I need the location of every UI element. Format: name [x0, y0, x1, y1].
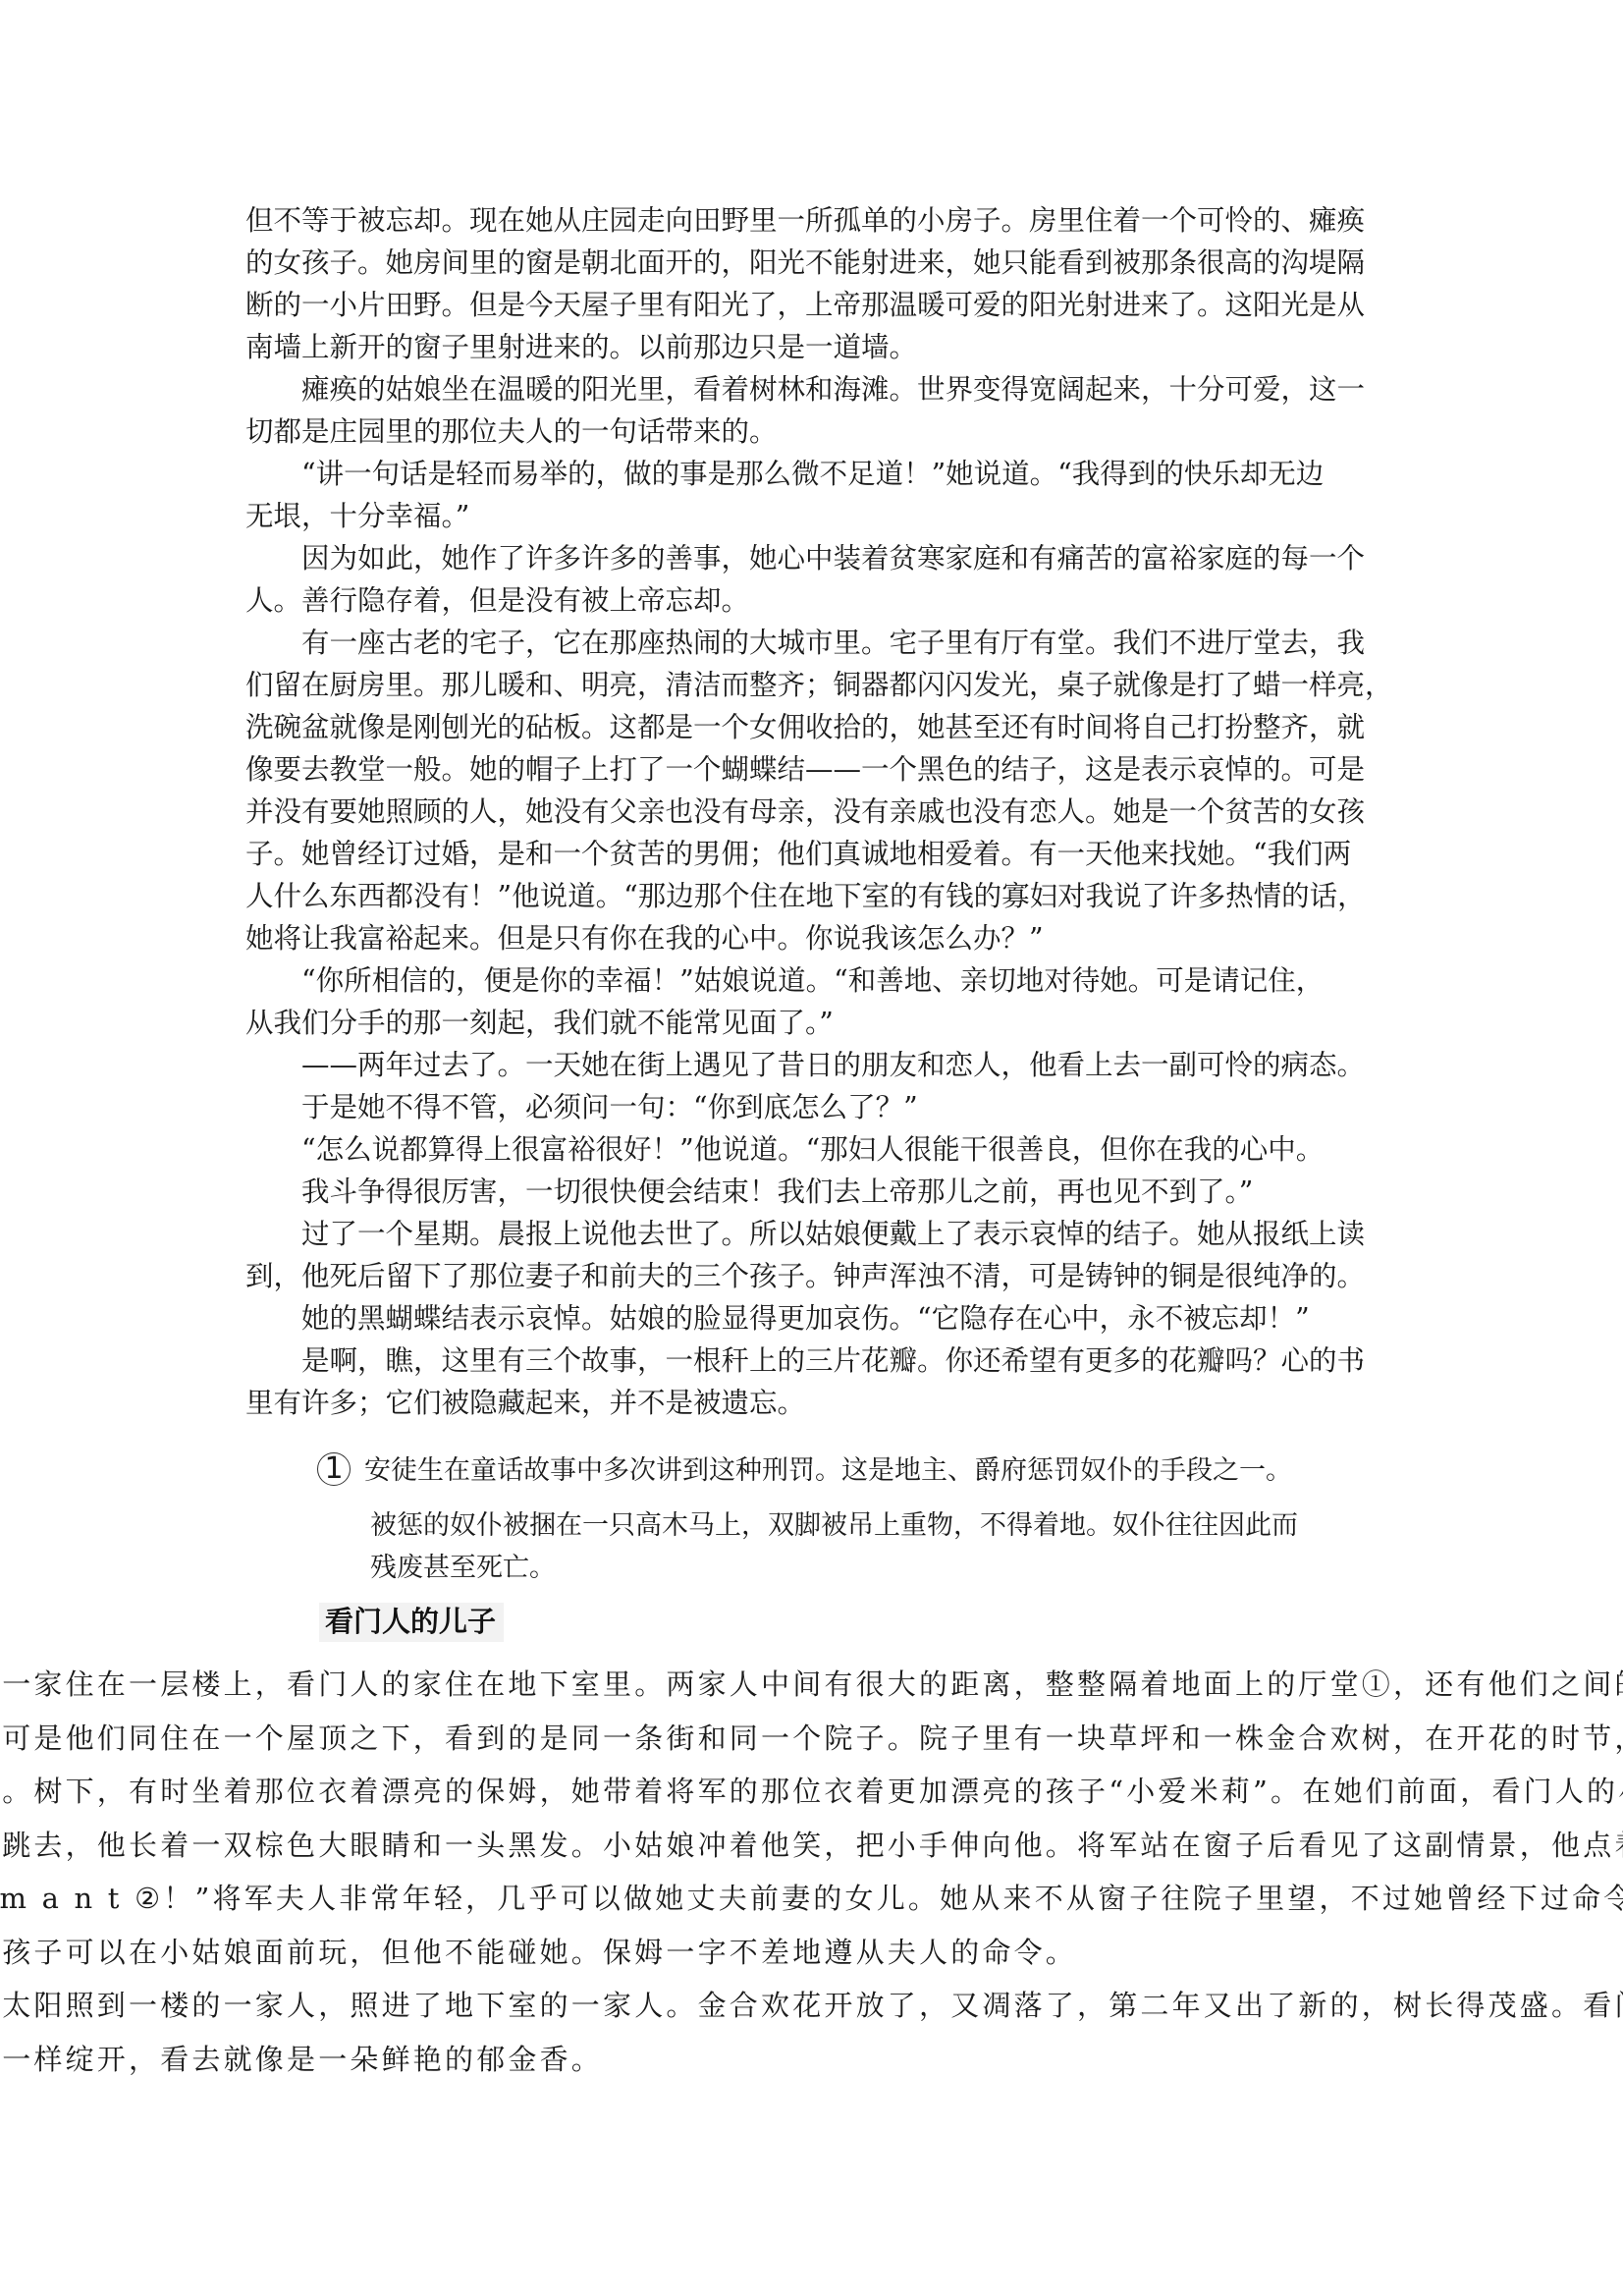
text-line: 她将让我富裕起来。但是只有你在我的心中。你说我该怎么办？”: [245, 917, 1380, 959]
text-line: 是啊，瞧，这里有三个故事，一根秆上的三片花瓣。你还希望有更多的花瓣吗？心的书: [245, 1339, 1380, 1382]
text-line: 来跳去，他长着一双棕色大眼睛和一头黑发。小姑娘冲着他笑，把小手伸向他。将军站在窗…: [0, 1819, 1623, 1873]
text-line: 的孩子可以在小姑娘面前玩，但他不能碰她。保姆一字不差地遵从夫人的命令。: [0, 1926, 1623, 1980]
text-line: 子。她曾经订过婚，是和一个贫苦的男佣；他们真诚地相爱着。有一天他来找她。“我们两: [245, 833, 1380, 875]
text-line: 因为如此，她作了许多许多的善事，她心中装着贫寒家庭和有痛苦的富裕家庭的每一个: [245, 537, 1380, 579]
text-line: 到，他死后留下了那位妻子和前夫的三个孩子。钟声浑浊不清，可是铸钟的铜是很纯净的。: [245, 1255, 1380, 1297]
text-line: 她的黑蝴蝶结表示哀悼。姑娘的脸显得更加哀伤。“它隐存在心中，永不被忘却！”: [245, 1297, 1380, 1339]
text-line: 切都是庄园里的那位夫人的一句话带来的。: [245, 410, 1380, 453]
text-line: ——两年过去了。一天她在街上遇见了昔日的朋友和恋人，他看上去一副可怜的病态。: [245, 1044, 1380, 1086]
text-line: 瘫痪的姑娘坐在温暖的阳光里，看着树林和海滩。世界变得宽阔起来，十分可爱，这一: [245, 368, 1380, 410]
footnote-first-row: 1 安徒生在童话故事中多次讲到这种刑罚。这是地主、爵府惩罚奴仆的手段之一。: [317, 1456, 1387, 1486]
text-line: 军一家住在一层楼上，看门人的家住在地下室里。两家人中间有很大的距离，整整隔着地面…: [0, 1658, 1623, 1712]
text-line: 于是她不得不管，必须问一句：“你到底怎么了？”: [245, 1086, 1380, 1128]
text-line: 花一样绽开，看去就像是一朵鲜艳的郁金香。: [0, 2033, 1623, 2087]
footnote-text: 被惩的奴仆被捆在一只高木马上，双脚被吊上重物，不得着地。奴仆往往因此而: [317, 1511, 1387, 1541]
text-line: 我斗争得很厉害，一切很快便会结束！我们去上帝那儿之前，再也见不到了。”: [245, 1171, 1380, 1213]
footnote-number-icon: 1: [317, 1452, 351, 1486]
story-one-body: 但不等于被忘却。现在她从庄园走向田野里一所孤单的小房子。房里住着一个可怜的、瘫痪…: [245, 199, 1380, 1424]
text-line: 里有许多；它们被隐藏起来，并不是被遗忘。: [245, 1382, 1380, 1424]
section-title: 看门人的儿子: [319, 1603, 504, 1642]
text-line: 南墙上新开的窗子里射进来的。以前那边只是一道墙。: [245, 326, 1380, 368]
text-line: 有一座古老的宅子，它在那座热闹的大城市里。宅子里有厅有堂。我们不进厅堂去，我: [245, 622, 1380, 664]
text-line: 的女孩子。她房间里的窗是朝北面开的，阳光不能射进来，她只能看到被那条很高的沟堤隔: [245, 242, 1380, 284]
text-line: 人什么东西都没有！”他说道。“那边那个住在地下室的有钱的寡妇对我说了许多热情的话…: [245, 875, 1380, 917]
text-line: 断的一小片田野。但是今天屋子里有阳光了，上帝那温暖可爱的阳光射进来了。这阳光是从: [245, 284, 1380, 326]
footnote-text: 残废甚至死亡。: [317, 1554, 1387, 1583]
document-page: 但不等于被忘却。现在她从庄园走向田野里一所孤单的小房子。房里住着一个可怜的、瘫痪…: [0, 0, 1623, 2296]
text-line: 像要去教堂一般。她的帽子上打了一个蝴蝶结——一个黑色的结子，这是表示哀悼的。可是: [245, 748, 1380, 791]
text-line: 人。善行隐存着，但是没有被上帝忘却。: [245, 579, 1380, 622]
text-line: 从我们分手的那一刻起，我们就不能常见面了。”: [245, 1002, 1380, 1044]
text-line: 可是他们同住在一个屋顶之下，看到的是同一条街和同一个院子。院子里有一块草坪和一株…: [0, 1712, 1623, 1766]
text-line: r m a n t ②！”将军夫人非常年轻，几乎可以做她丈夫前妻的女儿。她从来不…: [0, 1872, 1623, 1926]
text-line: 花。树下，有时坐着那位衣着漂亮的保姆，她带着将军的那位衣着更加漂亮的孩子“小爱米…: [0, 1765, 1623, 1819]
text-line: 无垠，十分幸福。”: [245, 495, 1380, 537]
footnote-text: 安徒生在童话故事中多次讲到这种刑罚。这是地主、爵府惩罚奴仆的手段之一。: [364, 1456, 1292, 1486]
story-two-body: 军一家住在一层楼上，看门人的家住在地下室里。两家人中间有很大的距离，整整隔着地面…: [0, 1658, 1623, 2086]
text-line: “怎么说都算得上很富裕很好！”他说道。“那妇人很能干很善良，但你在我的心中。: [245, 1128, 1380, 1171]
text-line: 并没有要她照顾的人，她没有父亲也没有母亲，没有亲戚也没有恋人。她是一个贫苦的女孩: [245, 791, 1380, 833]
text-line: 洗碗盆就像是刚刨光的砧板。这都是一个女佣收拾的，她甚至还有时间将自己打扮整齐，就: [245, 706, 1380, 748]
text-line: 太阳照到一楼的一家人，照进了地下室的一家人。金合欢花开放了，又凋落了，第二年又出…: [0, 1979, 1623, 2033]
text-line: 但不等于被忘却。现在她从庄园走向田野里一所孤单的小房子。房里住着一个可怜的、瘫痪: [245, 199, 1380, 242]
text-line: “讲一句话是轻而易举的，做的事是那么微不足道！”她说道。“我得到的快乐却无边: [245, 453, 1380, 495]
footnote: 1 安徒生在童话故事中多次讲到这种刑罚。这是地主、爵府惩罚奴仆的手段之一。 被惩…: [317, 1456, 1387, 1583]
text-line: 过了一个星期。晨报上说他去世了。所以姑娘便戴上了表示哀悼的结子。她从报纸上读: [245, 1213, 1380, 1255]
text-line: “你所相信的，便是你的幸福！”姑娘说道。“和善地、亲切地对待她。可是请记住，: [245, 959, 1380, 1002]
text-line: 们留在厨房里。那儿暖和、明亮，清洁而整齐；铜器都闪闪发光，桌子就像是打了蜡一样亮…: [245, 664, 1380, 706]
